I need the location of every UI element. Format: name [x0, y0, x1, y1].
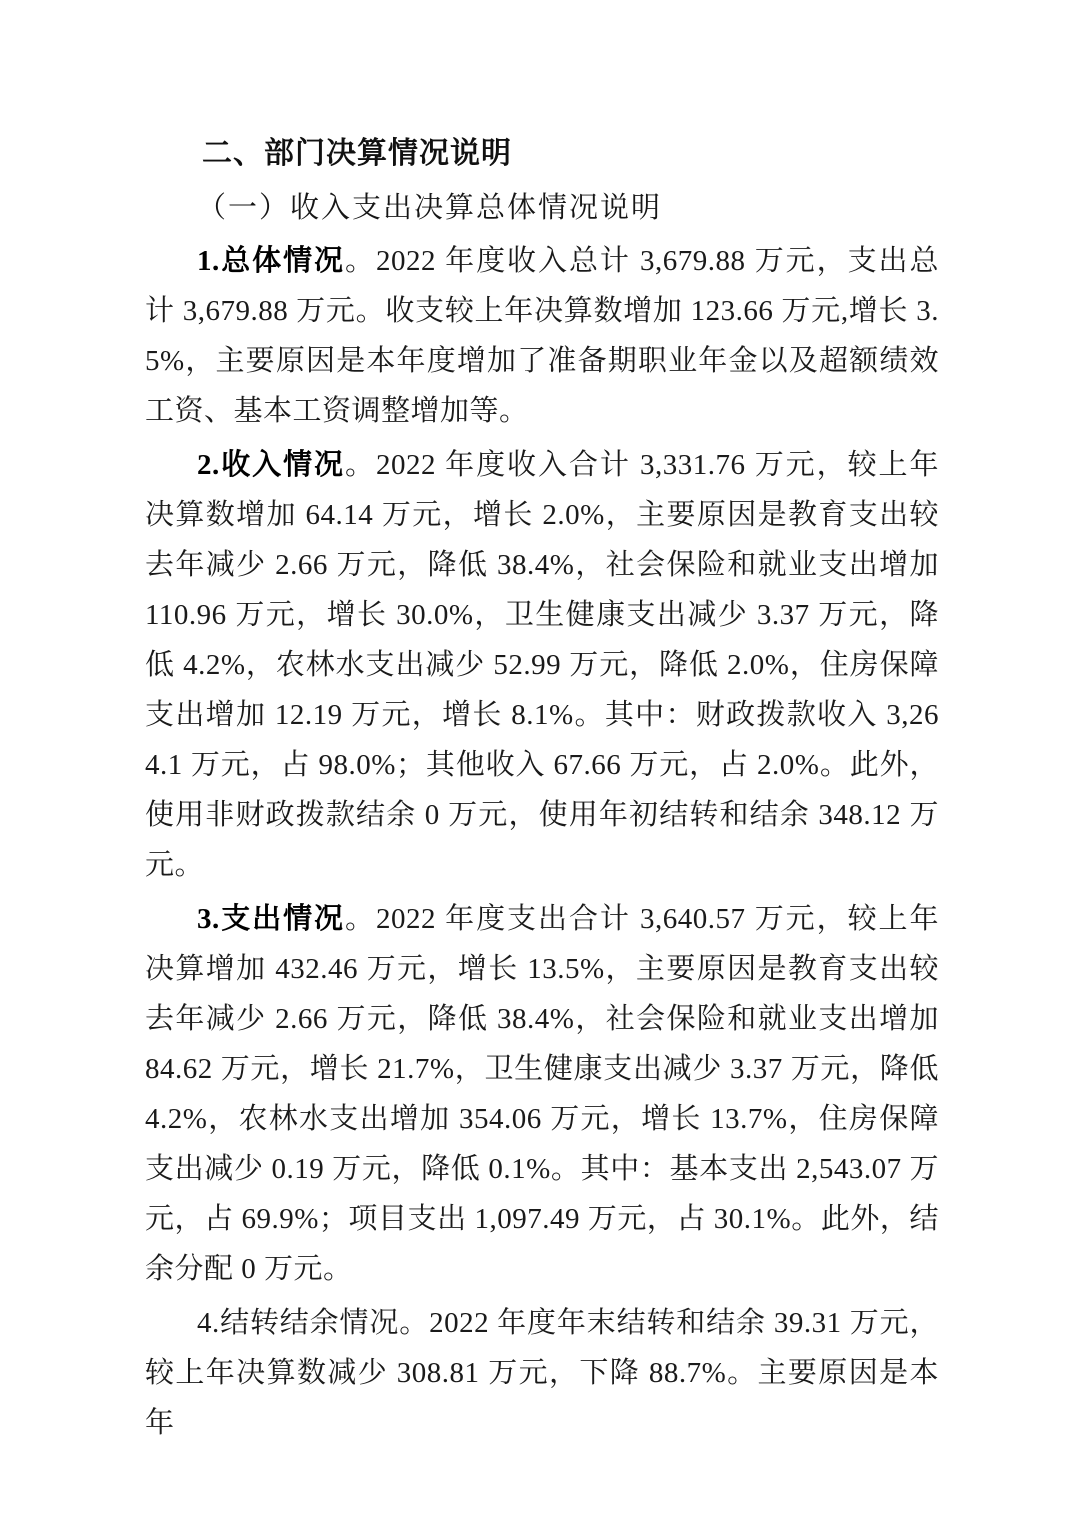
paragraph-income-situation: 2.收入情况。2022 年度收入合计 3,331.76 万元，较上年决算数增加 …	[145, 440, 939, 890]
paragraph-lead: 3.支出情况	[197, 903, 345, 935]
paragraph-expenditure-situation: 3.支出情况。2022 年度支出合计 3,640.57 万元，较上年决算增加 4…	[145, 894, 939, 1294]
document-page: 二、部门决算情况说明 （一）收入支出决算总体情况说明 1.总体情况。2022 年…	[0, 0, 1075, 1521]
section-heading: 二、部门决算情况说明	[145, 126, 939, 181]
paragraph-text: 。2022 年度收入合计 3,331.76 万元，较上年决算数增加 64.14 …	[145, 449, 939, 881]
paragraph-lead: 2.收入情况	[197, 449, 345, 481]
paragraph-carryover-situation: 4.结转结余情况。2022 年度年末结转和结余 39.31 万元，较上年决算数减…	[145, 1298, 939, 1448]
paragraph-overall-situation: 1.总体情况。2022 年度收入总计 3,679.88 万元，支出总计 3,67…	[145, 236, 939, 436]
document-content: 二、部门决算情况说明 （一）收入支出决算总体情况说明 1.总体情况。2022 年…	[145, 126, 939, 1452]
paragraph-text: 。2022 年度支出合计 3,640.57 万元，较上年决算增加 432.46 …	[145, 903, 939, 1285]
subsection-heading: （一）收入支出决算总体情况说明	[145, 181, 939, 236]
paragraph-lead: 4.结转结余情况	[197, 1307, 399, 1339]
paragraph-lead: 1.总体情况	[197, 245, 345, 277]
